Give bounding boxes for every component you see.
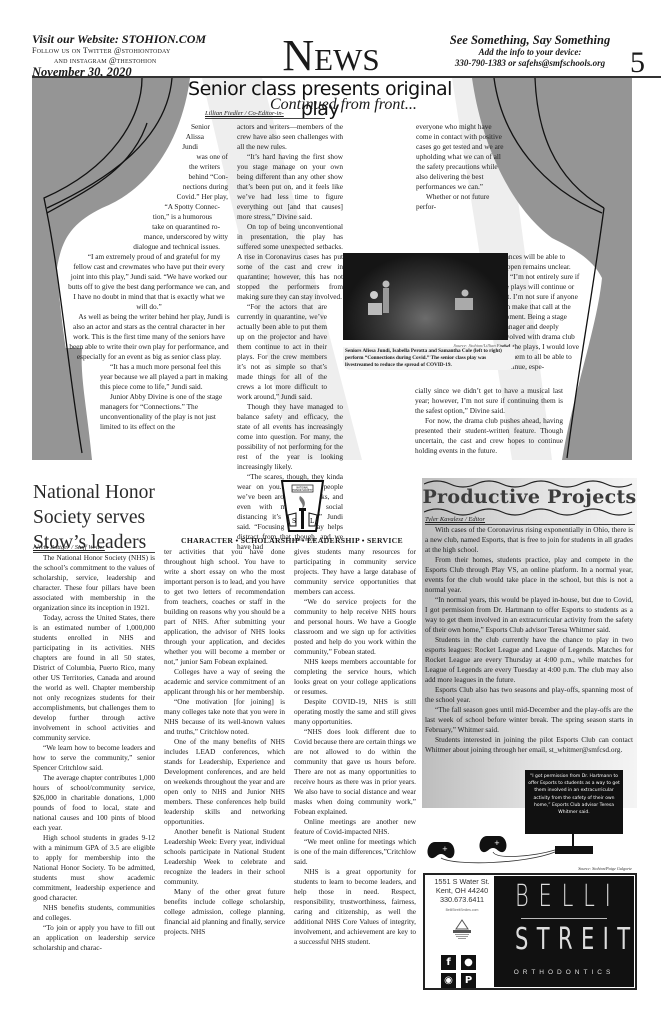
paragraph: The National Honor Society (NHS) is the … [33, 553, 155, 613]
paragraph: actors and writers—members of the crew h… [237, 122, 343, 152]
paragraph: NHS benefits students, communities and c… [33, 903, 155, 923]
paragraph: gives students many resources for partic… [294, 547, 416, 597]
nhs-keystone-logo-icon: NATIONAL HONOR SOCIETY S L [280, 479, 325, 536]
instagram-icon[interactable]: ◉ [441, 973, 456, 988]
paragraph: “For the actors that are currently in qu… [237, 302, 327, 402]
play-column-1: Senior Alissa Jundi was one of the write… [100, 122, 228, 252]
paragraph: mances will be able to happen remains un… [500, 252, 586, 272]
masthead-right: See Something, Say Something Add the inf… [430, 33, 630, 69]
svg-text:S: S [292, 518, 296, 525]
add-info-text: Add the info to your device: [430, 47, 630, 58]
paragraph: “It’s hard having the first show you sta… [237, 152, 343, 222]
paragraph: From their homes, students practice, pla… [425, 555, 633, 595]
paragraph: Whether or not future perfor- [416, 192, 506, 212]
paragraph: “To join or apply you have to fill out a… [33, 923, 155, 953]
paragraph: Junior Abby Divine is one of the stage m… [68, 392, 230, 432]
paragraph: Though they have managed to balance safe… [237, 402, 343, 472]
nhs-column-1: The National Honor Society (NHS) is the … [33, 553, 155, 953]
nhs-column-3: gives students many resources for partic… [294, 547, 416, 947]
svg-text:HONOR SOCIETY: HONOR SOCIETY [293, 489, 314, 492]
play-column-3-bottom: cially since we didn’t get to have a mus… [415, 386, 563, 456]
paragraph: “In normal years, this would be played i… [425, 595, 633, 635]
play-photo [343, 253, 508, 340]
paragraph: everyone who might have come in contact … [416, 122, 506, 192]
ad-address-line-2: Kent, OH 44240 [432, 886, 492, 895]
paragraph: “We do service projects for the communit… [294, 597, 416, 657]
paragraph: One of the many benefits of NHS includes… [164, 737, 285, 827]
ad-website[interactable]: BelliStreitSmiles.com [432, 908, 492, 912]
paragraph: On top of being unconventional in presen… [237, 222, 343, 302]
snapchat-icon[interactable]: ● [461, 955, 476, 970]
play-byline: Lillian Fiedler / Co-Editor-in- [205, 110, 325, 119]
paragraph: NHS is a great opportunity for students … [294, 867, 416, 947]
play-column-1-lower: “I am extremely proud of and grateful fo… [68, 252, 230, 432]
paragraph: “The fall season goes until mid-December… [425, 705, 633, 735]
esports-pull-quote: “I got permission from Dr. Hartmann to o… [525, 770, 623, 834]
ad-brand-streit: STREIT [515, 923, 613, 957]
paragraph: ter activities that you have done throug… [164, 547, 285, 667]
paragraph: For now, the drama club pushes ahead, ha… [415, 416, 563, 456]
paragraph: Colleges have a way of seeing the academ… [164, 667, 285, 697]
col1-line: mance, underscored by witty [100, 232, 228, 242]
svg-text:+: + [442, 845, 448, 853]
masthead-left: Visit our Website: STOHION.COM Follow us… [32, 33, 232, 79]
col1-line: Covid.” Her play, [100, 192, 228, 202]
paragraph: High school students in grades 9-12 with… [33, 833, 155, 903]
paragraph: NHS keeps members accountable for comple… [294, 657, 416, 697]
ad-brand-orthodontics: ORTHODONTICS [494, 969, 634, 976]
esports-byline-text: Tyler Kavalesz / Editor [425, 516, 485, 523]
paragraph: “It has a much more personal feel this y… [68, 362, 230, 392]
esports-body: With cases of the Coronavirus rising exp… [425, 525, 633, 755]
nhs-motto: CHARACTER • SCHOLARSHIP • LEADERSHIP • S… [167, 536, 417, 546]
col1-line: the writers [100, 162, 228, 172]
page-number: 5 [630, 48, 645, 78]
nhs-byline: Alivia Bottger / Staff Writer [33, 544, 155, 553]
twitter-handle: Follow us on Twitter @stohiontoday [32, 46, 232, 56]
section-title: News [256, 34, 406, 78]
col1-line: was one of [100, 152, 228, 162]
col1-line: “A Spotty Connec- [100, 202, 228, 212]
play-byline-text: Lillian Fiedler / Co-Editor-in- [205, 110, 284, 117]
paragraph: As well as being the writer behind her p… [68, 312, 230, 362]
paragraph: Many of the other great future benefits … [164, 887, 285, 937]
paragraph: Students in the club currently have the … [425, 635, 633, 685]
col1-line: Alissa [100, 132, 228, 142]
svg-text:+: + [494, 839, 500, 847]
esports-byline: Tyler Kavalesz / Editor [425, 516, 635, 525]
ad-contact-block: 1551 S Water St. Kent, OH 44240 330.673.… [432, 877, 492, 912]
esports-headline: Productive Projects [422, 486, 637, 508]
paragraph: “NHS does look different due to Covid be… [294, 727, 416, 817]
col1-line: take on quarantined ro- [100, 222, 228, 232]
nhs-column-2: ter activities that you have done throug… [164, 547, 285, 937]
ad-phone: 330.673.6411 [432, 895, 492, 904]
col1-line: Jundi [100, 142, 228, 152]
paragraph: Esports Club also has two seasons and pl… [425, 685, 633, 705]
game-controllers-icon: + + [425, 834, 625, 866]
pinterest-icon[interactable]: P [461, 973, 476, 988]
paragraph: Online meetings are another new feature … [294, 817, 416, 837]
paragraph: “I am extremely proud of and grateful fo… [68, 252, 230, 312]
photo-caption: Seniors Alissa Jundi, Isabella Perotta a… [343, 347, 515, 370]
website-link[interactable]: Visit our Website: STOHION.COM [32, 33, 232, 46]
performers-silhouette [343, 253, 508, 340]
col1-line: nections during [100, 182, 228, 192]
ad-brand-divider [521, 918, 607, 919]
facebook-icon[interactable]: f [441, 955, 456, 970]
tipline-contact: 330-790-1383 or safehs@smfschools.org [430, 58, 630, 69]
paragraph: With cases of the Coronavirus rising exp… [425, 525, 633, 555]
ad-brand-belli: BELLI [515, 880, 613, 914]
col1-line: tion,” is a humorous [100, 212, 228, 222]
paragraph: Despite COVID-19, NHS is still operating… [294, 697, 416, 727]
invisalign-badge-icon [451, 919, 473, 941]
paragraph: cially since we didn’t get to have a mus… [415, 386, 563, 416]
play-column-3-top: everyone who might have come in contact … [416, 122, 506, 212]
svg-text:L: L [310, 518, 314, 525]
paragraph: “We meet online for meetings which is on… [294, 837, 416, 867]
paragraph: Today, across the United States, there i… [33, 613, 155, 743]
paragraph: Another benefit is National Student Lead… [164, 827, 285, 887]
ad-address-line-1: 1551 S Water St. [432, 877, 492, 886]
paragraph: “We learn how to become leaders and how … [33, 743, 155, 773]
paragraph: The average chapter contributes 1,000 ho… [33, 773, 155, 833]
col1-line: behind “Con- [100, 172, 228, 182]
col1-line: Senior [100, 122, 228, 132]
nhs-byline-text: Alivia Bottger / Staff Writer [33, 544, 105, 551]
col1-line: dialogue and technical issues. [100, 242, 228, 252]
ad-brand-panel: BELLI STREIT ORTHODONTICS [494, 876, 634, 987]
paragraph: Students interested in joining the pilot… [425, 735, 633, 755]
paragraph: “One motivation [for joining] is many co… [164, 697, 285, 737]
graphic-credit: Source: Stohion/Paige Gulgorte [520, 866, 632, 871]
see-something-tagline: See Something, Say Something [430, 33, 630, 47]
